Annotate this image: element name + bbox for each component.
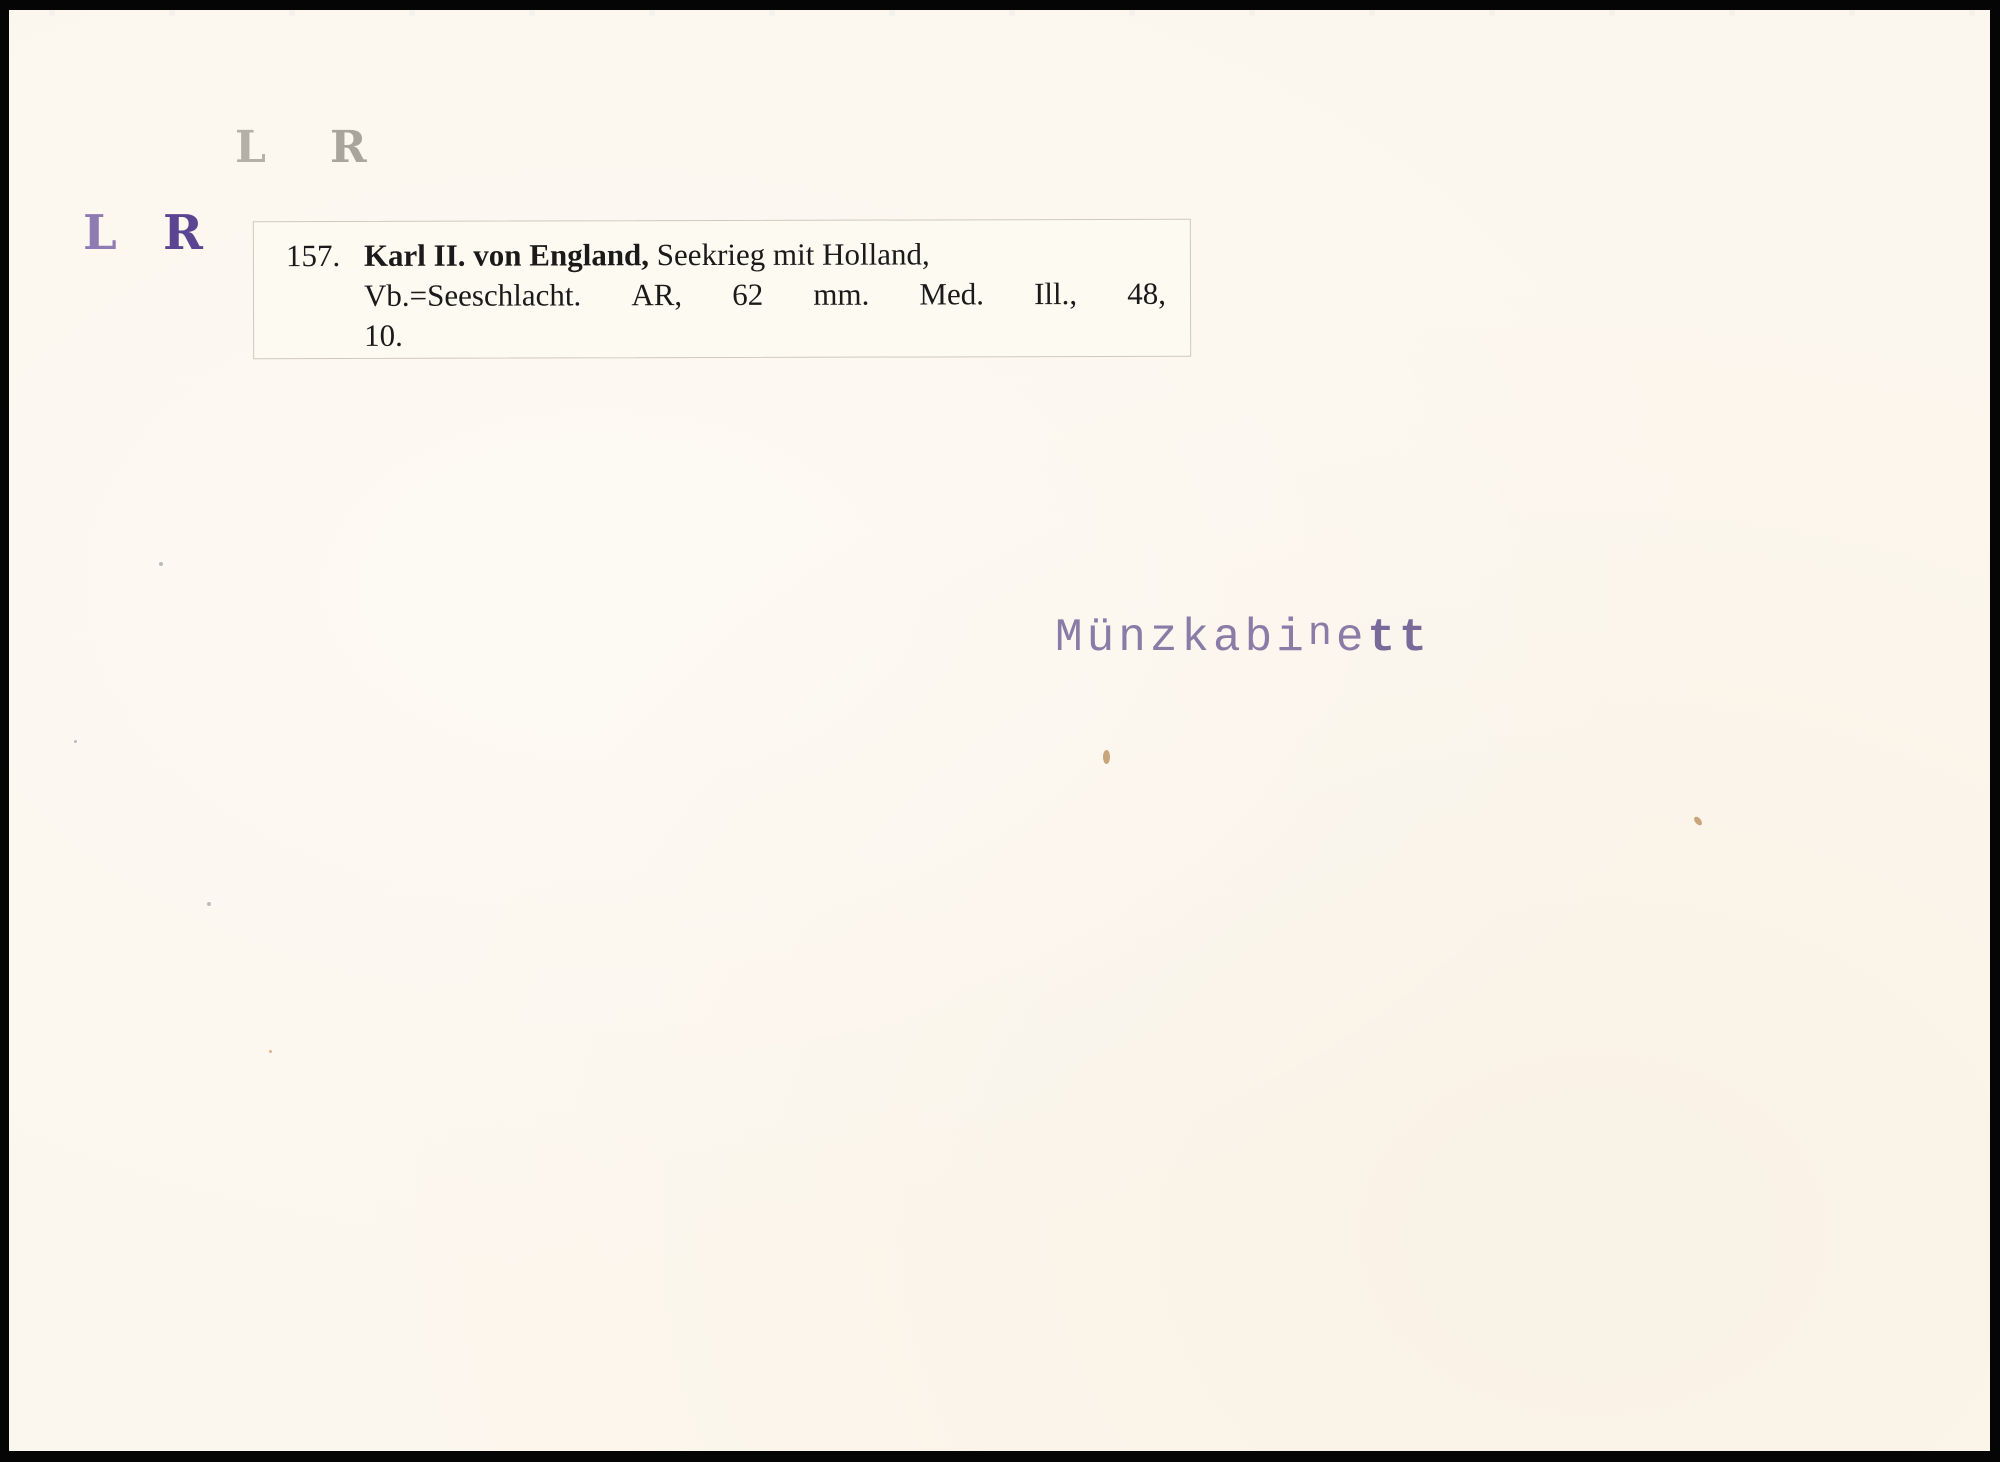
label-word: 62 bbox=[732, 275, 763, 315]
paper-speck bbox=[207, 902, 211, 906]
label-word: mm. bbox=[813, 275, 869, 315]
paper-speck bbox=[159, 562, 163, 566]
label-line-2: Vb.=Seeschlacht. AR, 62 mm. Med. Ill., 4… bbox=[286, 274, 1166, 316]
stamp-text: Münzkabi bbox=[1055, 612, 1308, 664]
stamp-letter-l: L bbox=[235, 122, 266, 173]
paper-stain bbox=[1103, 750, 1110, 764]
stamp-letter-l: L bbox=[83, 205, 117, 261]
label-word: Ill., bbox=[1034, 274, 1077, 314]
printed-catalog-label: 157.Karl II. von England, Seekrieg mit H… bbox=[253, 219, 1191, 359]
label-word: Med. bbox=[919, 274, 984, 314]
stamp-letter-r: R bbox=[163, 205, 203, 261]
stamp-text: e bbox=[1336, 612, 1368, 664]
paper-speck bbox=[74, 740, 77, 743]
label-word: 48, bbox=[1127, 274, 1166, 314]
archive-card: L R L R 157.Karl II. von England, Seekri… bbox=[9, 10, 1990, 1451]
catalog-number: 157. bbox=[286, 236, 364, 276]
label-word: AR, bbox=[631, 275, 682, 315]
label-line-3: 10. bbox=[286, 314, 1166, 356]
torn-top-edge bbox=[9, 10, 1990, 16]
stamp-text: tt bbox=[1367, 612, 1430, 664]
label-title: Karl II. von England, bbox=[364, 237, 649, 273]
label-word: Vb.=Seeschlacht. bbox=[364, 275, 581, 316]
munzkabinett-stamp: Münzkabinett bbox=[1055, 612, 1431, 664]
label-subject: Seekrieg mit Holland, bbox=[657, 236, 930, 272]
label-line-1: 157.Karl II. von England, Seekrieg mit H… bbox=[286, 234, 1166, 276]
stamp-letter-r: R bbox=[330, 122, 367, 173]
paper-speck bbox=[269, 1050, 272, 1053]
stamp-text: n bbox=[1308, 612, 1336, 657]
paper-stain bbox=[1692, 815, 1703, 827]
